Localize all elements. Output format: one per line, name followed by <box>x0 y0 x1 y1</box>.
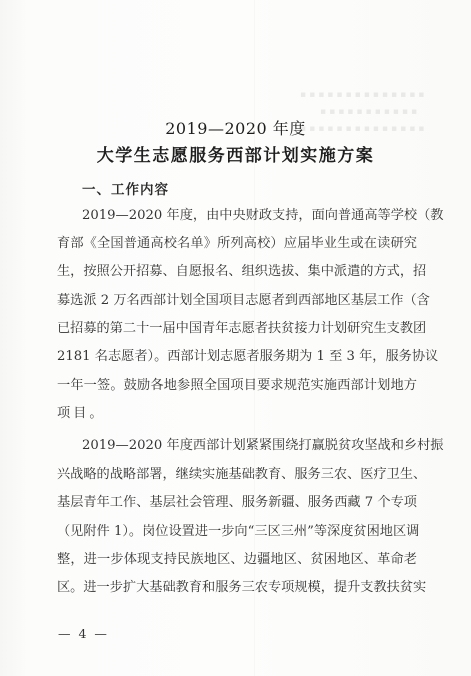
bleed-through-text: ▪▪▪▪▪▪▪▪▪▪▪▪▪▪ <box>300 90 427 100</box>
paragraph-1-line-7: 一年一签。鼓励各地参照全国项目要求规范实施西部计划地方 <box>57 377 417 395</box>
page-number: — 4 — <box>58 626 109 641</box>
paragraph-2-line-6: 区。进一步扩大基础教育和服务三农专项规模，提升支教扶贫实 <box>57 579 417 597</box>
page-fold-shadow <box>254 0 255 676</box>
paragraph-1-line-3: 生，按照公开招募、自愿报名、组织选拔、集中派遣的方式，招 <box>57 263 417 281</box>
paragraph-2-line-5: 整，进一步体现支持民族地区、边疆地区、贫困地区、革命老 <box>57 551 417 569</box>
paragraph-1-line-2: 育部《全国普通高校名单》所列高校）应届毕业生或在读研究 <box>57 235 417 253</box>
paragraph-2-line-3: 基层青年工作、基层社会管理、服务新疆、服务西藏 7 个专项 <box>57 494 417 512</box>
paragraph-2-line-1: 2019—2020 年度西部计划紧紧围绕打赢脱贫攻坚战和乡村振 <box>82 437 417 455</box>
section-heading: 一、工作内容 <box>82 178 169 198</box>
paragraph-1-line-1: 2019—2020 年度，由中央财政支持，面向普通高等学校（教 <box>82 207 417 225</box>
paragraph-2-line-2: 兴战略的战略部署，继续实施基础教育、服务三农、医疗卫生、 <box>57 466 417 484</box>
paragraph-1-line-6: 2181 名志愿者）。西部计划志愿者服务期为 1 至 3 年，服务协议 <box>57 348 417 366</box>
paragraph-1-line-4: 募选派 2 万名西部计划全国项目志愿者到西部地区基层工作（含 <box>57 292 417 310</box>
paragraph-1-line-8: 项目。 <box>57 405 417 423</box>
paragraph-1-line-5: 已招募的第二十一届中国青年志愿者扶贫接力计划研究生支教团 <box>57 320 417 338</box>
paragraph-2-line-4: （见附件 1）。岗位设置进一步向“三区三州”等深度贫困地区调 <box>57 523 417 541</box>
document-title: 大学生志愿服务西部计划实施方案 <box>0 141 471 166</box>
document-title-year: 2019—2020 年度 <box>0 116 471 139</box>
document-page: ▪▪▪▪▪▪▪▪▪▪▪▪▪▪ ▪▪▪▪▪▪▪▪▪▪▪ ▪▪▪▪▪▪▪▪▪▪▪▪▪… <box>0 0 471 676</box>
